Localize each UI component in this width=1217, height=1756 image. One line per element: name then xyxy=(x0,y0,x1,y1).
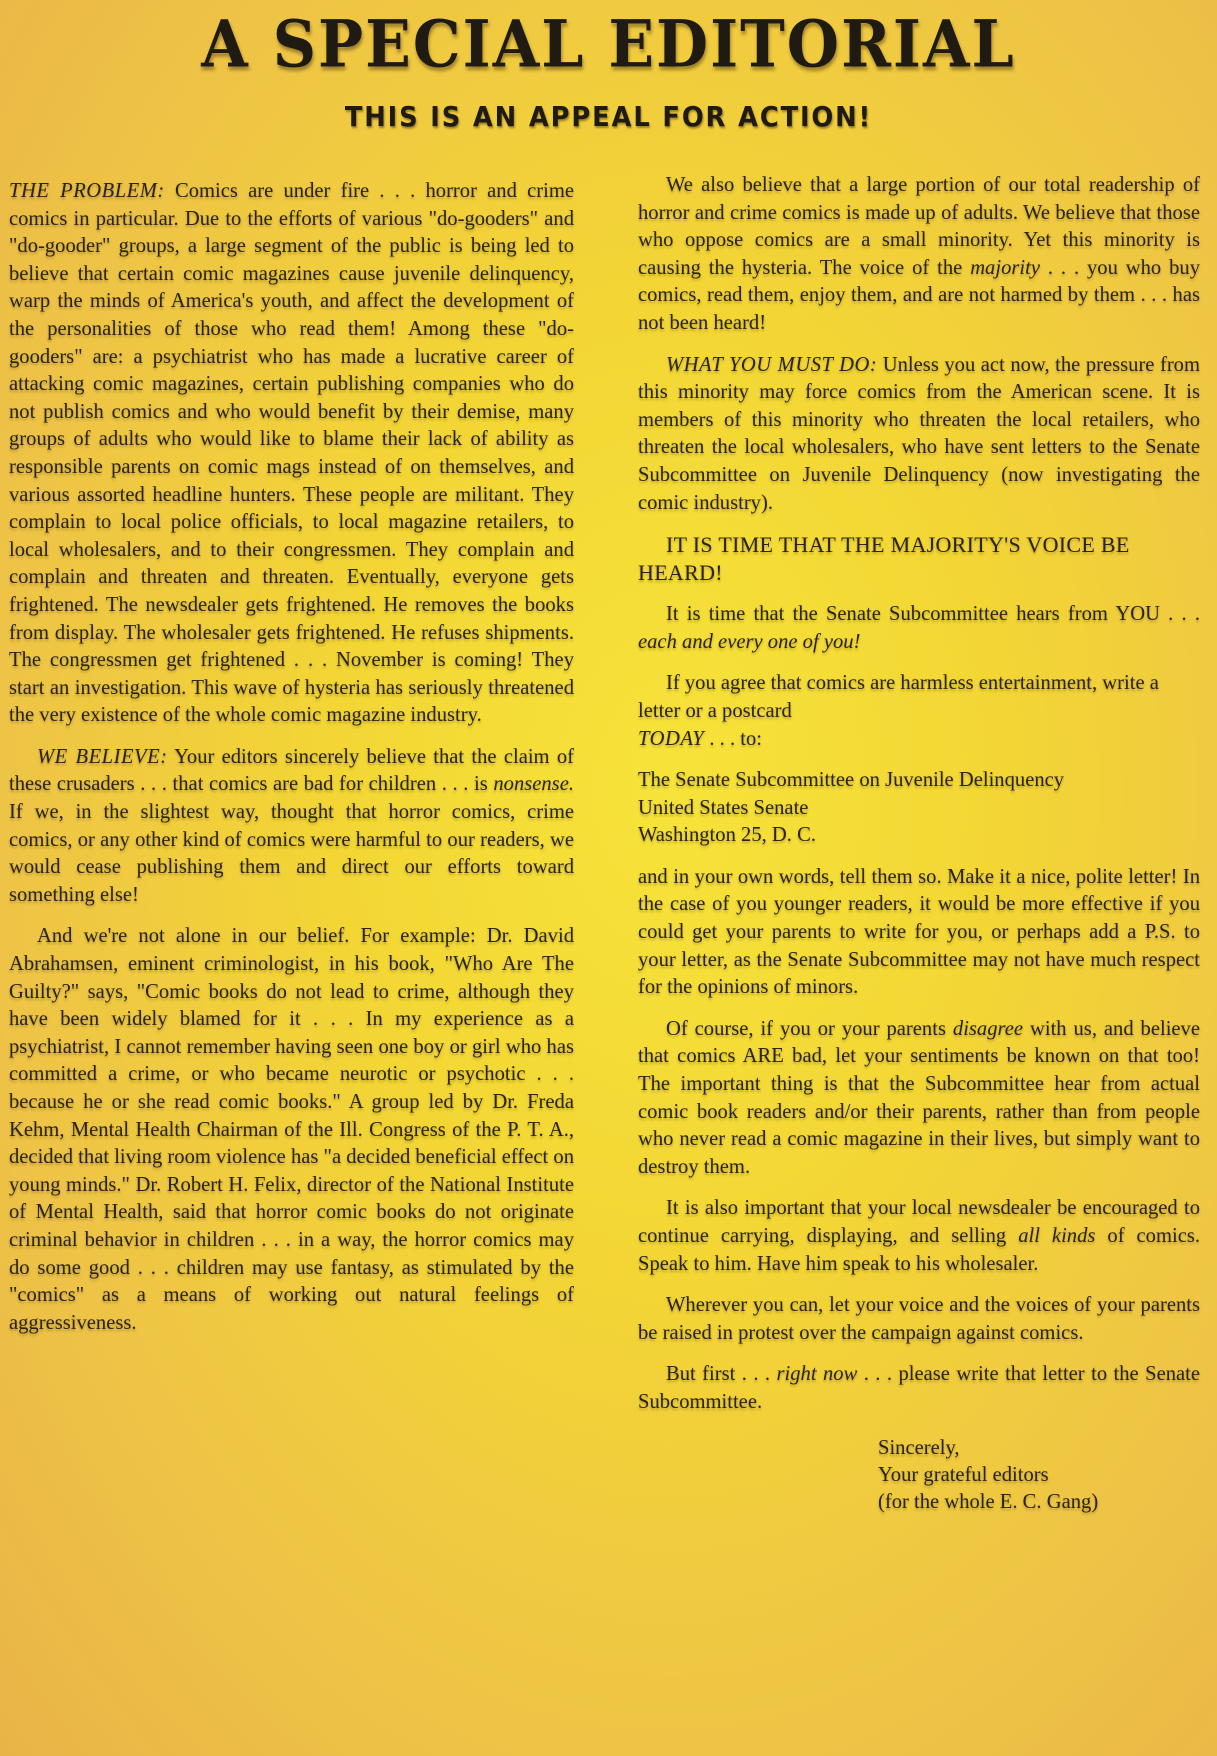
agree-text: If you agree that comics are harmless en… xyxy=(638,672,1159,722)
today-emphasis: TODAY xyxy=(638,728,704,750)
signoff-line: Sincerely, xyxy=(878,1435,1200,1462)
problem-lead: THE PROBLEM: xyxy=(9,180,165,202)
disagree-paragraph: Of course, if you or your parents disagr… xyxy=(638,1016,1200,1182)
time-heading: IT IS TIME THAT THE MAJORITY'S VOICE BE … xyxy=(638,531,1200,587)
believe-emphasis: nonsense. xyxy=(493,773,574,795)
editorial-page: A SPECIAL EDITORIAL THIS IS AN APPEAL FO… xyxy=(0,0,1217,1756)
believe-paragraph: WE BELIEVE: Your editors sincerely belie… xyxy=(9,744,574,910)
newsdealer-paragraph: It is also important that your local new… xyxy=(638,1195,1200,1278)
hears-paragraph: It is time that the Senate Subcommittee … xyxy=(638,601,1200,656)
signoff-line: Your grateful editors xyxy=(878,1462,1200,1489)
wherever-paragraph: Wherever you can, let your voice and the… xyxy=(638,1292,1200,1347)
own-words-paragraph: and in your own words, tell them so. Mak… xyxy=(638,864,1200,1002)
page-subtitle: THIS IS AN APPEAL FOR ACTION! xyxy=(49,100,1169,133)
believe-text-after: If we, in the slightest way, thought tha… xyxy=(9,801,574,906)
signoff: Sincerely, Your grateful editors (for th… xyxy=(878,1435,1200,1516)
agree-to: . . . to: xyxy=(704,728,762,750)
problem-paragraph: THE PROBLEM: Comics are under fire . . .… xyxy=(9,178,574,730)
must-do-paragraph: WHAT YOU MUST DO: Unless you act now, th… xyxy=(638,352,1200,518)
page-title: A SPECIAL EDITORIAL xyxy=(0,7,1217,83)
disagree-text: Of course, if you or your parents xyxy=(666,1018,953,1040)
signoff-line: (for the whole E. C. Gang) xyxy=(878,1489,1200,1516)
hears-text: It is time that the Senate Subcommittee … xyxy=(666,603,1200,625)
left-column: THE PROBLEM: Comics are under fire . . .… xyxy=(9,178,574,1351)
must-do-lead: WHAT YOU MUST DO: xyxy=(666,354,877,376)
not-alone-paragraph: And we're not alone in our belief. For e… xyxy=(9,923,574,1337)
majority-emphasis: majority xyxy=(970,257,1040,279)
must-do-text: Unless you act now, the pressure from th… xyxy=(638,354,1200,514)
address-line: Washington 25, D. C. xyxy=(638,822,1200,850)
believe-lead: WE BELIEVE: xyxy=(37,746,168,768)
hears-emphasis: each and every one of you! xyxy=(638,631,860,653)
but-first-paragraph: But first . . . right now . . . please w… xyxy=(638,1361,1200,1416)
disagree-emphasis: disagree xyxy=(953,1018,1023,1040)
right-now-emphasis: right now xyxy=(777,1363,858,1385)
disagree-text-after: with us, and believe that comics ARE bad… xyxy=(638,1018,1200,1178)
all-kinds-emphasis: all kinds xyxy=(1018,1225,1095,1247)
problem-text: Comics are under fire . . . horror and c… xyxy=(9,180,574,726)
also-believe-paragraph: We also believe that a large portion of … xyxy=(638,172,1200,338)
address-line: The Senate Subcommittee on Juvenile Deli… xyxy=(638,767,1200,795)
but-first-text: But first . . . xyxy=(666,1363,777,1385)
agree-paragraph: If you agree that comics are harmless en… xyxy=(638,670,1200,753)
right-column: We also believe that a large portion of … xyxy=(638,172,1200,1516)
address-line: United States Senate xyxy=(638,795,1200,823)
